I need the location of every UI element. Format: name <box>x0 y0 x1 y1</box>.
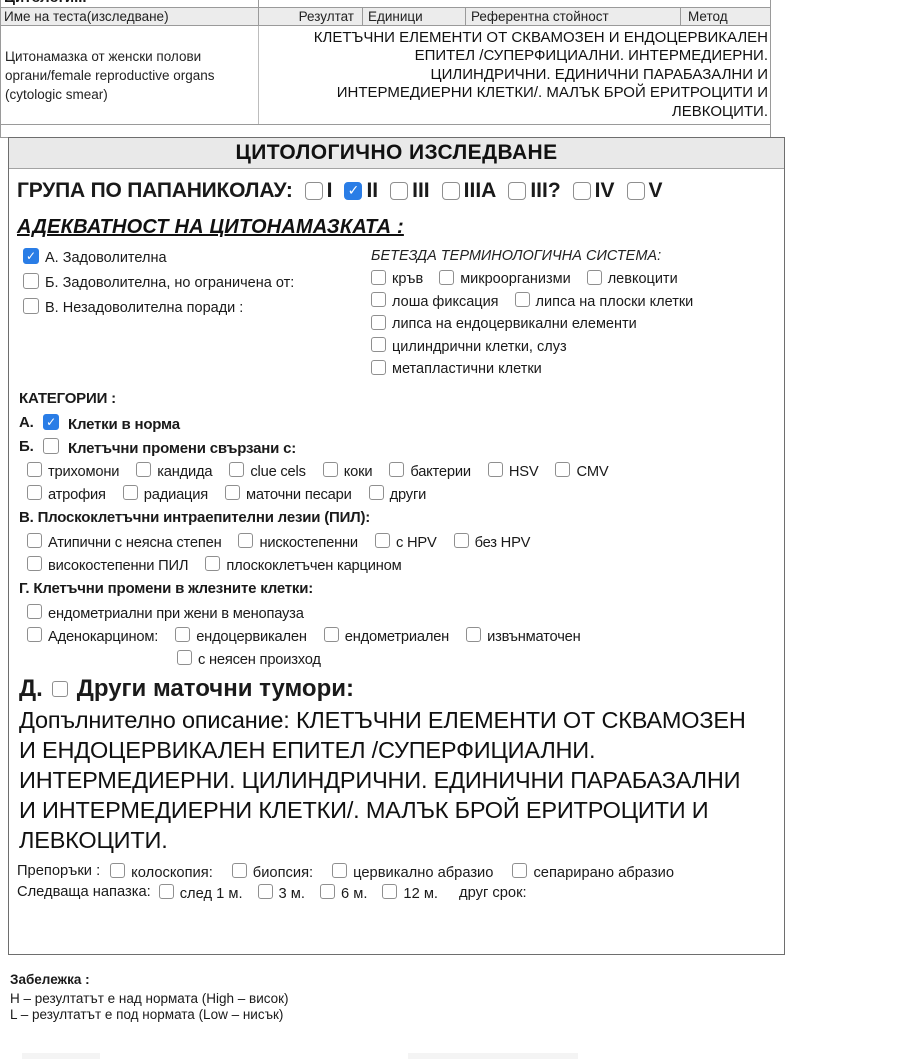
checkbox[interactable] <box>555 462 570 477</box>
option: ендометриален <box>324 627 449 643</box>
next-smear-option: след 1 м. <box>159 884 243 900</box>
checkbox[interactable] <box>371 360 386 375</box>
pap-option-IV: IV <box>573 179 615 203</box>
checkbox-label: плоскоклетъчен карцином <box>226 558 401 574</box>
checkbox-label: нискостепенни <box>259 535 357 551</box>
checkbox-label: 3 м. <box>279 886 305 902</box>
checkbox-label: маточни песари <box>246 487 352 503</box>
pap-option-label: IV <box>595 179 615 203</box>
checkbox-label: атрофия <box>48 487 106 503</box>
checkbox[interactable] <box>371 337 386 352</box>
pap-option-V: V <box>627 179 663 203</box>
checkbox[interactable] <box>371 292 386 307</box>
clipped-bottom-text <box>22 1053 100 1059</box>
category-prefix: А. <box>19 414 43 431</box>
pap-option-label: I <box>327 179 333 203</box>
category-label: Клетки в норма <box>68 416 180 433</box>
papanicolaou-group-row: ГРУПА ПО ПАПАНИКОЛАУ: I II III IIIА III? <box>9 169 784 207</box>
adequacy-option-b: Б. Задоволителна, но ограничена от: <box>23 273 371 289</box>
checkbox-label: без HPV <box>475 535 531 551</box>
header-method: Метод <box>681 8 770 25</box>
adequacy-option-c: В. Незадоволителна поради : <box>23 298 371 314</box>
category-c-title: В. Плоскоклетъчни интраепителни лезии (П… <box>19 509 784 526</box>
next-smear-option: 12 м. <box>382 884 438 900</box>
checkbox[interactable] <box>371 270 386 285</box>
checkbox-label: ендоцервикален <box>196 629 307 645</box>
bethesda-option: кръв <box>371 269 423 285</box>
checkbox[interactable] <box>27 604 42 619</box>
next-smear-row: Следваща напазка: след 1 м. 3 м. 6 м. 12… <box>9 884 784 900</box>
clipped-table-row: Цитологи... <box>0 0 771 7</box>
bethesda-option: липса на ендоцервикални елементи <box>371 314 637 330</box>
option: други <box>369 485 426 501</box>
option: бактерии <box>389 462 471 478</box>
option: кандида <box>136 462 212 478</box>
recommendation-option: сепарирано абразио <box>512 863 674 879</box>
option: нискостепенни <box>238 533 357 549</box>
option: Аденокарцином: <box>27 627 158 643</box>
papanicolaou-label: ГРУПА ПО ПАПАНИКОЛАУ: <box>17 179 293 203</box>
checkbox-label: метапластични клетки <box>392 361 542 377</box>
recommendations-label: Препоръки : <box>17 863 100 879</box>
bethesda-row-3: липса на ендоцервикални елементи <box>371 314 784 330</box>
option: с HPV <box>375 533 437 549</box>
category-c-options-row-2: високостепенни ПИЛ плоскоклетъчен карцин… <box>19 556 784 572</box>
checkbox[interactable] <box>344 182 362 200</box>
cytology-form: ЦИТОЛОГИЧНО ИЗСЛЕДВАНЕ ГРУПА ПО ПАПАНИКО… <box>8 137 785 955</box>
checkbox[interactable] <box>52 681 68 697</box>
checkbox-label: 12 м. <box>403 886 438 902</box>
option: ендоцервикален <box>175 627 307 643</box>
checkbox-label: колоскопия: <box>131 865 213 881</box>
bethesda-option: цилиндрични клетки, слуз <box>371 337 567 353</box>
category-label: Клетъчни промени свързани с: <box>68 440 296 457</box>
checkbox-label: Аденокарцином: <box>48 629 158 645</box>
category-e-row: Д. Други маточни тумори: <box>9 675 784 703</box>
option: маточни песари <box>225 485 352 501</box>
checkbox[interactable] <box>27 533 42 548</box>
checkbox[interactable] <box>159 884 174 899</box>
checkbox[interactable] <box>389 462 404 477</box>
checkbox-label: ендометриални при жени в менопауза <box>48 606 304 622</box>
checkbox-label: липса на ендоцервикални елементи <box>392 316 637 332</box>
checkbox[interactable] <box>27 462 42 477</box>
checkbox[interactable] <box>27 627 42 642</box>
checkbox[interactable] <box>466 627 481 642</box>
checkbox-label: радиация <box>144 487 208 503</box>
checkbox-label: левкоцити <box>608 271 678 287</box>
pap-option-III-question: III? <box>508 179 560 203</box>
categories-section: КАТЕГОРИИ : А. Клетки в норма Б. Клетъчн… <box>9 390 784 666</box>
categories-title: КАТЕГОРИИ : <box>19 390 784 407</box>
checkbox[interactable] <box>627 182 645 200</box>
category-b-row: Б. Клетъчни промени свързани с: <box>19 438 784 455</box>
bethesda-row-4: цилиндрични клетки, слуз <box>371 337 784 353</box>
table-header-row: Име на теста(изследване) Резултат Единиц… <box>0 7 771 26</box>
checkbox[interactable] <box>229 462 244 477</box>
test-result-cell: КЛЕТЪЧНИ ЕЛЕМЕНТИ ОТ СКВАМОЗЕН И ЕНДОЦЕР… <box>259 26 770 124</box>
option: clue cels <box>229 462 305 478</box>
checkbox-label: сепарирано абразио <box>533 865 674 881</box>
checkbox[interactable] <box>573 182 591 200</box>
checkbox[interactable] <box>488 462 503 477</box>
checkbox[interactable] <box>323 462 338 477</box>
pap-option-label: V <box>649 179 663 203</box>
checkbox-label: CMV <box>576 464 608 480</box>
test-name-cell: Цитонамазка от женски полови органи/fema… <box>1 26 259 124</box>
checkbox-label: 6 м. <box>341 886 367 902</box>
bethesda-option: лоша фиксация <box>371 292 499 308</box>
checkbox[interactable] <box>371 315 386 330</box>
checkbox-label: цилиндрични клетки, слуз <box>392 339 567 355</box>
checkbox-label: кръв <box>392 271 423 287</box>
pap-option-label: III? <box>530 179 560 203</box>
next-smear-option: 3 м. <box>258 884 305 900</box>
checkbox[interactable] <box>110 863 125 878</box>
category-d-title: Г. Клетъчни промени в жлезните клетки: <box>19 580 784 597</box>
checkbox[interactable] <box>382 884 397 899</box>
checkbox-label: В. Незадоволителна поради : <box>45 300 243 316</box>
category-b-options-row-2: атрофия радиация маточни песари други <box>19 485 784 501</box>
checkbox-label: Б. Задоволителна, но ограничена от: <box>45 275 294 291</box>
checkbox[interactable] <box>123 485 138 500</box>
checkbox[interactable] <box>136 462 151 477</box>
clipped-bottom-text <box>408 1053 578 1059</box>
checkbox[interactable] <box>375 533 390 548</box>
checkbox-label: микроорганизми <box>460 271 571 287</box>
checkbox[interactable] <box>305 182 323 200</box>
description-label: Допълнително описание: <box>19 707 290 733</box>
checkbox[interactable] <box>454 533 469 548</box>
header-units: Единици <box>363 8 466 25</box>
checkbox[interactable] <box>439 270 454 285</box>
checkbox[interactable] <box>369 485 384 500</box>
next-smear-label: Следваща напазка: <box>17 884 151 900</box>
next-smear-option: 6 м. <box>320 884 367 900</box>
category-label: Други маточни тумори: <box>77 675 354 703</box>
pap-option-IIIA: IIIА <box>442 179 497 203</box>
checkbox[interactable] <box>23 273 39 289</box>
category-prefix: Д. <box>19 675 43 703</box>
checkbox-label: липса на плоски клетки <box>536 294 694 310</box>
clipped-cell: Цитологи... <box>1 0 259 7</box>
category-d-options-row-2: Аденокарцином: ендоцервикален ендометриа… <box>19 627 784 643</box>
bethesda-option: метапластични клетки <box>371 359 542 375</box>
checkbox[interactable] <box>320 884 335 899</box>
checkbox[interactable] <box>23 298 39 314</box>
bethesda-section: БЕТЕЗДА ТЕРМИНОЛОГИЧНА СИСТЕМА: кръв мик… <box>371 248 784 382</box>
checkbox[interactable] <box>515 292 530 307</box>
checkbox[interactable] <box>332 863 347 878</box>
header-reference: Референтна стойност <box>466 8 681 25</box>
checkbox-label: А. Задоволителна <box>45 250 167 266</box>
option: без HPV <box>454 533 531 549</box>
checkbox[interactable] <box>390 182 408 200</box>
checkbox-label: с HPV <box>396 535 437 551</box>
checkbox-label: биопсия: <box>253 865 313 881</box>
recommendation-option: колоскопия: <box>110 863 213 879</box>
checkbox-label: цервикално абразио <box>353 865 493 881</box>
checkbox-label: лоша фиксация <box>392 294 499 310</box>
checkbox[interactable] <box>508 182 526 200</box>
pap-option-II: II <box>344 179 378 203</box>
note-title: Забележка : <box>10 972 289 989</box>
category-c-options-row-1: Атипични с неясна степен нискостепенни с… <box>19 533 784 549</box>
option: HSV <box>488 462 539 478</box>
checkbox[interactable] <box>27 485 42 500</box>
option: ендометриални при жени в менопауза <box>27 604 304 620</box>
category-prefix: Б. <box>19 438 43 455</box>
option: CMV <box>555 462 608 478</box>
other-period-label: друг срок: <box>459 885 527 901</box>
recommendation-option: биопсия: <box>232 863 313 879</box>
checkbox[interactable] <box>442 182 460 200</box>
adequacy-title: АДЕКВАТНОСТ НА ЦИТОНАМАЗКАТА : <box>17 216 784 239</box>
checkbox[interactable] <box>512 863 527 878</box>
clipped-title-text: Цитологи... <box>1 0 258 6</box>
option: радиация <box>123 485 208 501</box>
checkbox[interactable] <box>587 270 602 285</box>
bethesda-option: липса на плоски клетки <box>515 292 694 308</box>
checkbox-label: HSV <box>509 464 539 480</box>
pap-option-label: III <box>412 179 430 203</box>
pap-option-label: II <box>366 179 378 203</box>
checkbox[interactable] <box>175 627 190 642</box>
checkbox[interactable] <box>205 556 220 571</box>
option: коки <box>323 462 373 478</box>
category-b-options-row-1: трихомони кандида clue cels коки бактери… <box>19 462 784 478</box>
option: с неясен произход <box>177 650 321 666</box>
checkbox-label: ендометриален <box>345 629 449 645</box>
bethesda-row-1: кръв микроорганизми левкоцити <box>371 269 784 285</box>
checkbox-label: с неясен произход <box>198 652 321 668</box>
form-title: ЦИТОЛОГИЧНО ИЗСЛЕДВАНЕ <box>9 138 784 169</box>
checkbox-label: високостепенни ПИЛ <box>48 558 188 574</box>
header-result: Резултат <box>259 8 363 25</box>
option: трихомони <box>27 462 119 478</box>
checkbox[interactable] <box>225 485 240 500</box>
adequacy-bethesda-section: А. Задоволителна Б. Задоволителна, но ог… <box>9 248 784 382</box>
checkbox-label: коки <box>344 464 373 480</box>
note-high: H – резултатът е над нормата (High – вис… <box>10 991 289 1008</box>
option: високостепенни ПИЛ <box>27 556 188 572</box>
additional-description: Допълнително описание: КЛЕТЪЧНИ ЕЛЕМЕНТИ… <box>19 705 761 855</box>
bethesda-option: микроорганизми <box>439 269 571 285</box>
results-table: Цитологи... Име на теста(изследване) Рез… <box>0 0 771 138</box>
bethesda-option: левкоцити <box>587 269 678 285</box>
checkbox-label: кандида <box>157 464 212 480</box>
checkbox[interactable] <box>258 884 273 899</box>
checkbox-label: clue cels <box>250 464 305 480</box>
checkbox[interactable] <box>238 533 253 548</box>
pap-option-I: I <box>305 179 333 203</box>
checkbox-label: трихомони <box>48 464 119 480</box>
table-row: Цитонамазка от женски полови органи/fema… <box>0 26 771 125</box>
category-d-options-row-1: ендометриални при жени в менопауза <box>19 604 784 620</box>
option: атрофия <box>27 485 106 501</box>
checkbox-label: бактерии <box>410 464 471 480</box>
footer-notes: Забележка : H – резултатът е над нормата… <box>10 972 289 1024</box>
category-d-options-row-3: с неясен произход <box>19 650 784 666</box>
checkbox[interactable] <box>232 863 247 878</box>
option: извънматочен <box>466 627 580 643</box>
lab-report-page: Цитологи... Име на теста(изследване) Рез… <box>0 0 919 1060</box>
checkbox[interactable] <box>43 414 59 430</box>
checkbox[interactable] <box>177 650 192 665</box>
checkbox-label: след 1 м. <box>180 886 243 902</box>
checkbox-label: Атипични с неясна степен <box>48 535 221 551</box>
bethesda-row-2: лоша фиксация липса на плоски клетки <box>371 292 784 308</box>
bethesda-row-5: метапластични клетки <box>371 359 784 375</box>
note-low: L – резултатът е под нормата (Low – нисъ… <box>10 1007 289 1024</box>
checkbox-label: извънматочен <box>487 629 580 645</box>
category-a-row: А. Клетки в норма <box>19 414 784 431</box>
checkbox[interactable] <box>43 438 59 454</box>
checkbox[interactable] <box>27 556 42 571</box>
checkbox-label: други <box>390 487 426 503</box>
adequacy-options: А. Задоволителна Б. Задоволителна, но ог… <box>9 248 371 382</box>
option: плоскоклетъчен карцином <box>205 556 401 572</box>
checkbox[interactable] <box>23 248 39 264</box>
recommendation-option: цервикално абразио <box>332 863 493 879</box>
adequacy-option-a: А. Задоволителна <box>23 248 371 264</box>
recommendations-row: Препоръки : колоскопия: биопсия: цервика… <box>9 863 784 879</box>
header-test-name: Име на теста(изследване) <box>1 8 259 25</box>
bethesda-title: БЕТЕЗДА ТЕРМИНОЛОГИЧНА СИСТЕМА: <box>371 248 784 264</box>
pap-option-III: III <box>390 179 430 203</box>
pap-option-label: IIIА <box>464 179 497 203</box>
option: Атипични с неясна степен <box>27 533 221 549</box>
checkbox[interactable] <box>324 627 339 642</box>
